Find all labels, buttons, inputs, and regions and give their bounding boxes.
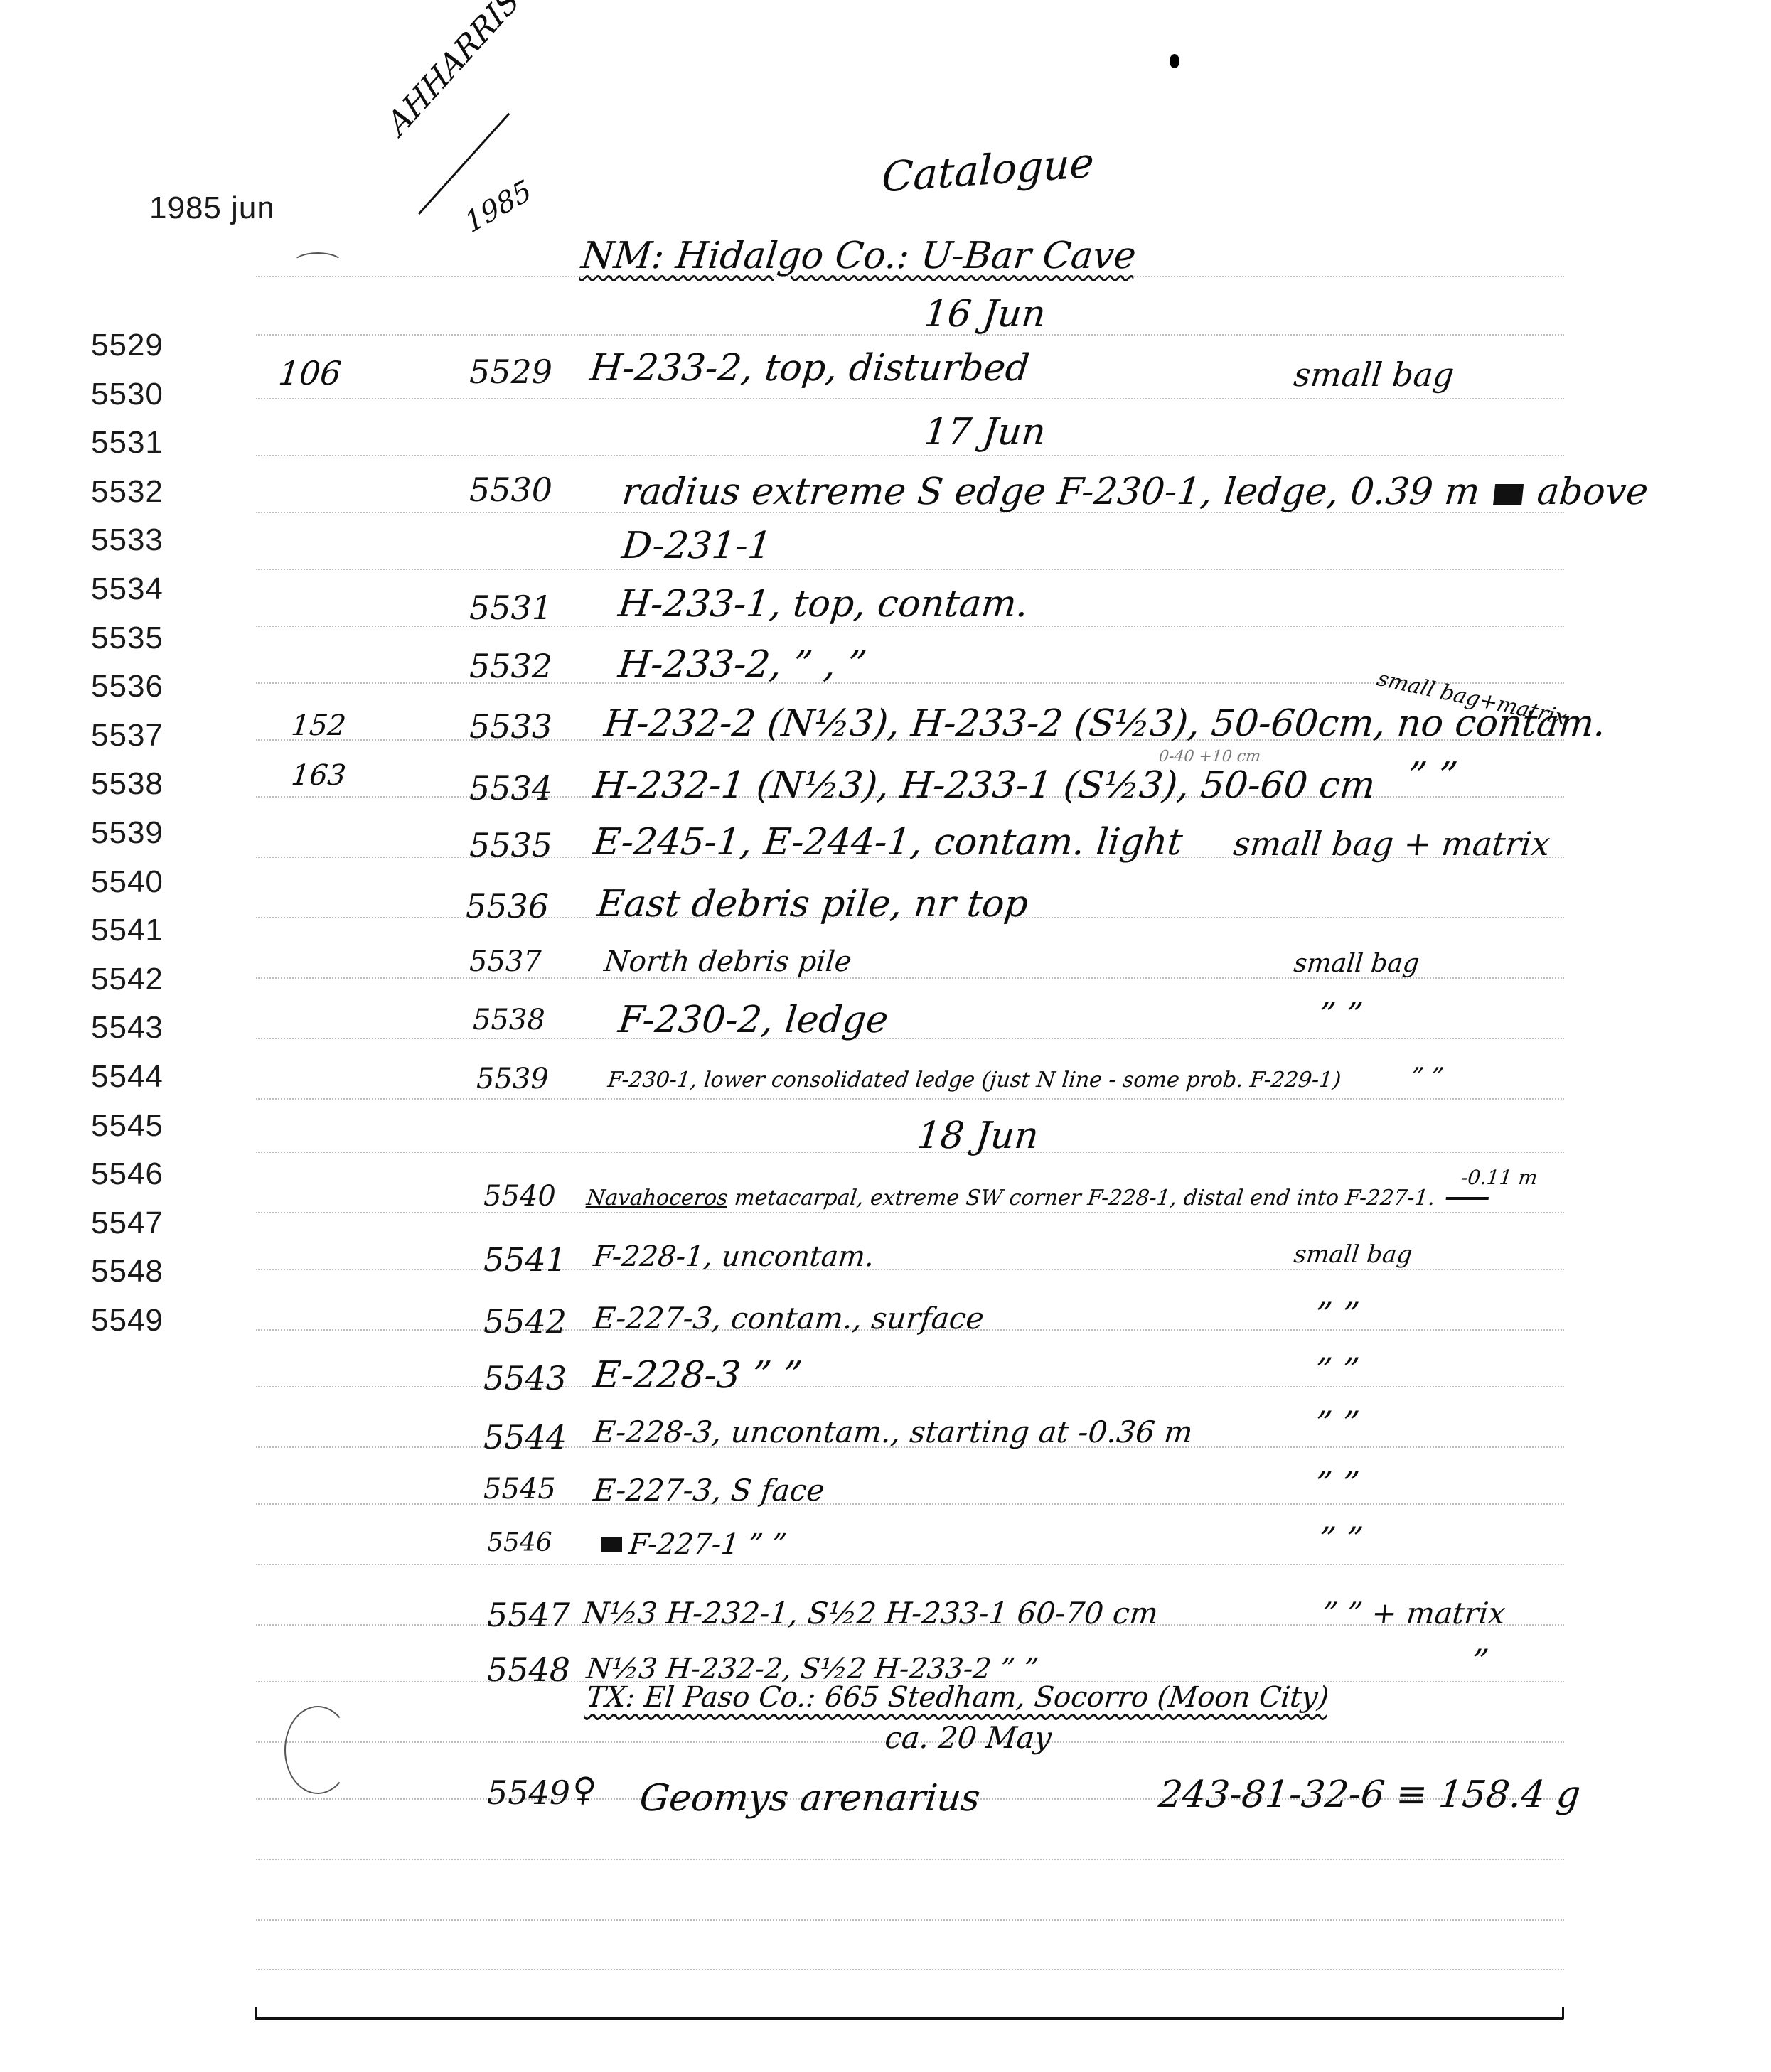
entry-number: 5532 <box>469 647 552 685</box>
entry-number: 5547 <box>487 1596 570 1634</box>
ruled-line <box>256 1212 1564 1213</box>
ruled-line <box>256 1098 1564 1100</box>
entry-number: 5538 <box>473 1004 545 1036</box>
margin-number: 5538 <box>91 760 164 809</box>
margin-number-column: 5529553055315532553355345535553655375538… <box>91 321 164 1345</box>
margin-number: 5547 <box>91 1199 164 1248</box>
entry-description: H-233-1, top, contam. <box>616 583 1030 626</box>
margin-header: 1985 jun <box>149 190 275 226</box>
entry-note: small bag <box>1293 949 1420 978</box>
ruled-line <box>256 1152 1564 1153</box>
entry-number: 5536 <box>466 887 549 925</box>
entry-number: 5546 <box>487 1528 552 1557</box>
entry-number: 5535 <box>469 826 552 864</box>
entry-description: F-230-1, lower consolidated ledge (just … <box>606 1068 1342 1093</box>
ruled-line <box>256 334 1564 336</box>
entry-number: 5539 <box>476 1063 549 1095</box>
ruled-line <box>256 455 1564 456</box>
ruled-line <box>256 682 1564 684</box>
entry-number: 5543 <box>483 1359 567 1397</box>
margin-number: 5544 <box>91 1053 164 1102</box>
entry-number: 5541 <box>483 1240 567 1279</box>
margin-number: 5536 <box>91 662 164 712</box>
margin-number: 5537 <box>91 712 164 761</box>
species-name: Geomys arenarius <box>638 1777 983 1820</box>
entry-number: 5531 <box>469 589 552 627</box>
entry-number: 5533 <box>469 707 552 746</box>
ruled-line <box>256 1919 1564 1921</box>
measurements: 243-81-32-6 ≡ 158.4 g <box>1157 1773 1583 1816</box>
margin-number: 5529 <box>91 321 164 370</box>
entry-note: ” ” <box>1313 1351 1361 1389</box>
genus-name: Navahoceros <box>585 1186 729 1211</box>
female-symbol: ♀ <box>570 1770 598 1808</box>
margin-number: 5545 <box>91 1102 164 1151</box>
entry-note: ” ” <box>1410 1063 1445 1091</box>
ruled-line <box>256 1503 1564 1505</box>
entry-description: E-227-3, contam., surface <box>592 1301 985 1336</box>
scribble-mark <box>1493 484 1524 505</box>
entry-note: ” ” <box>1313 1295 1361 1333</box>
entry-note: ” ” <box>1313 1464 1361 1503</box>
entry-number: 5534 <box>469 769 552 807</box>
page-title: Catalogue <box>881 138 1095 201</box>
margin-number: 5543 <box>91 1004 164 1053</box>
entry-description: E-228-3, uncontam., starting at -0.36 m <box>592 1415 1194 1449</box>
date-heading: ca. 20 May <box>883 1720 1053 1755</box>
entry-number: 5548 <box>487 1650 570 1689</box>
entry-description: H-232-2 (N½3), H-233-2 (S½3), 50-60cm, n… <box>602 702 1608 745</box>
margin-number: 5541 <box>91 906 164 955</box>
entry-note: ” ” <box>1313 1404 1361 1442</box>
entry-description: F-228-1, uncontam. <box>592 1240 876 1273</box>
binder-ring-mark <box>284 1706 351 1794</box>
ruled-line <box>256 1386 1564 1387</box>
entry-description-text: radius extreme S edge F-230-1, ledge, 0.… <box>620 471 1482 513</box>
entry-number: 5544 <box>483 1418 567 1456</box>
margin-number: 5539 <box>91 809 164 858</box>
entry-number: 5542 <box>483 1302 567 1341</box>
entry-description: E-228-3 ” ” <box>592 1354 804 1397</box>
entry-description-tail: above <box>1535 471 1650 513</box>
margin-number: 5534 <box>91 565 164 614</box>
entry-description: H-232-1 (N½3), H-233-1 (S½3), 50-60 cm <box>592 764 1377 807</box>
side-count: 106 <box>277 354 343 392</box>
margin-number: 5531 <box>91 419 164 468</box>
margin-number: 5535 <box>91 614 164 663</box>
ruled-line <box>256 1969 1564 1970</box>
margin-number: 5540 <box>91 858 164 907</box>
entry-description: F-227-1 ” ” <box>628 1528 788 1561</box>
margin-number: 5542 <box>91 955 164 1004</box>
locality-heading: NM: Hidalgo Co.: U-Bar Cave <box>579 235 1138 277</box>
signature-name: AHHARRIS <box>381 0 526 143</box>
entry-note: ” ” + matrix <box>1320 1596 1507 1631</box>
binder-ring-mark <box>291 252 344 277</box>
struck-text: —— <box>1445 1186 1490 1211</box>
entry-note: small bag <box>1293 1240 1414 1269</box>
entry-description: North debris pile <box>603 945 853 978</box>
entry-note: small bag + matrix <box>1231 825 1552 863</box>
ruled-line <box>256 1269 1564 1270</box>
date-heading: 18 Jun <box>915 1115 1041 1157</box>
ruled-line <box>256 1564 1564 1565</box>
date-heading: 17 Jun <box>922 411 1048 453</box>
entry-description-text: metacarpal, extreme SW corner F-228-1, d… <box>733 1186 1436 1211</box>
ruled-line <box>256 398 1564 399</box>
entry-number: 5545 <box>483 1473 556 1505</box>
side-count: 152 <box>290 709 348 742</box>
entry-description: Navahoceros metacarpal, extreme SW corne… <box>585 1186 1490 1211</box>
ruled-line <box>256 1859 1564 1860</box>
entry-number: 5549 <box>487 1773 570 1812</box>
entry-note: ” ” <box>1317 1520 1364 1558</box>
entry-description: radius extreme S edge F-230-1, ledge, 0.… <box>620 471 1650 513</box>
entry-description: N½3 H-232-1, S½2 H-233-1 60-70 cm <box>581 1596 1160 1631</box>
entry-description: East debris pile, nr top <box>595 883 1030 925</box>
entry-number: 5540 <box>483 1180 556 1213</box>
locality-heading: TX: El Paso Co.: 665 Stedham, Socorro (M… <box>585 1681 1331 1714</box>
signature-year: 1985 <box>460 173 536 240</box>
margin-number: 5533 <box>91 516 164 565</box>
scribble-mark <box>601 1537 622 1552</box>
margin-number: 5548 <box>91 1247 164 1297</box>
interlinear-note: 0-40 +10 cm <box>1158 748 1262 766</box>
entry-note: ” ” <box>1406 755 1460 798</box>
ruled-line <box>256 626 1564 627</box>
margin-number: 5549 <box>91 1297 164 1346</box>
margin-number: 5532 <box>91 468 164 517</box>
entry-note: ” ” <box>1317 995 1364 1034</box>
side-count: 163 <box>290 759 348 792</box>
entry-description: F-230-2, ledge <box>616 999 890 1041</box>
entry-number: 5530 <box>469 471 552 509</box>
entry-note: small bag <box>1292 355 1456 394</box>
margin-number: 5546 <box>91 1150 164 1199</box>
entry-description: H-233-2, ” , ” <box>616 643 869 686</box>
entry-description-line2: D-231-1 <box>620 525 774 567</box>
ink-blot <box>1170 54 1179 68</box>
page-bottom-border <box>255 2017 1564 2020</box>
ruled-line <box>256 569 1564 570</box>
entry-number: 5529 <box>469 353 552 391</box>
entry-description: E-245-1, E-244-1, contam. light <box>592 821 1184 864</box>
entry-description: H-233-2, top, disturbed <box>588 347 1032 390</box>
margin-number: 5530 <box>91 370 164 419</box>
entry-description: E-227-3, S face <box>592 1473 826 1508</box>
entry-number: 5537 <box>469 945 542 978</box>
ruled-line <box>256 1038 1564 1039</box>
entry-note: ” <box>1470 1642 1490 1680</box>
date-heading: 16 Jun <box>922 293 1048 336</box>
